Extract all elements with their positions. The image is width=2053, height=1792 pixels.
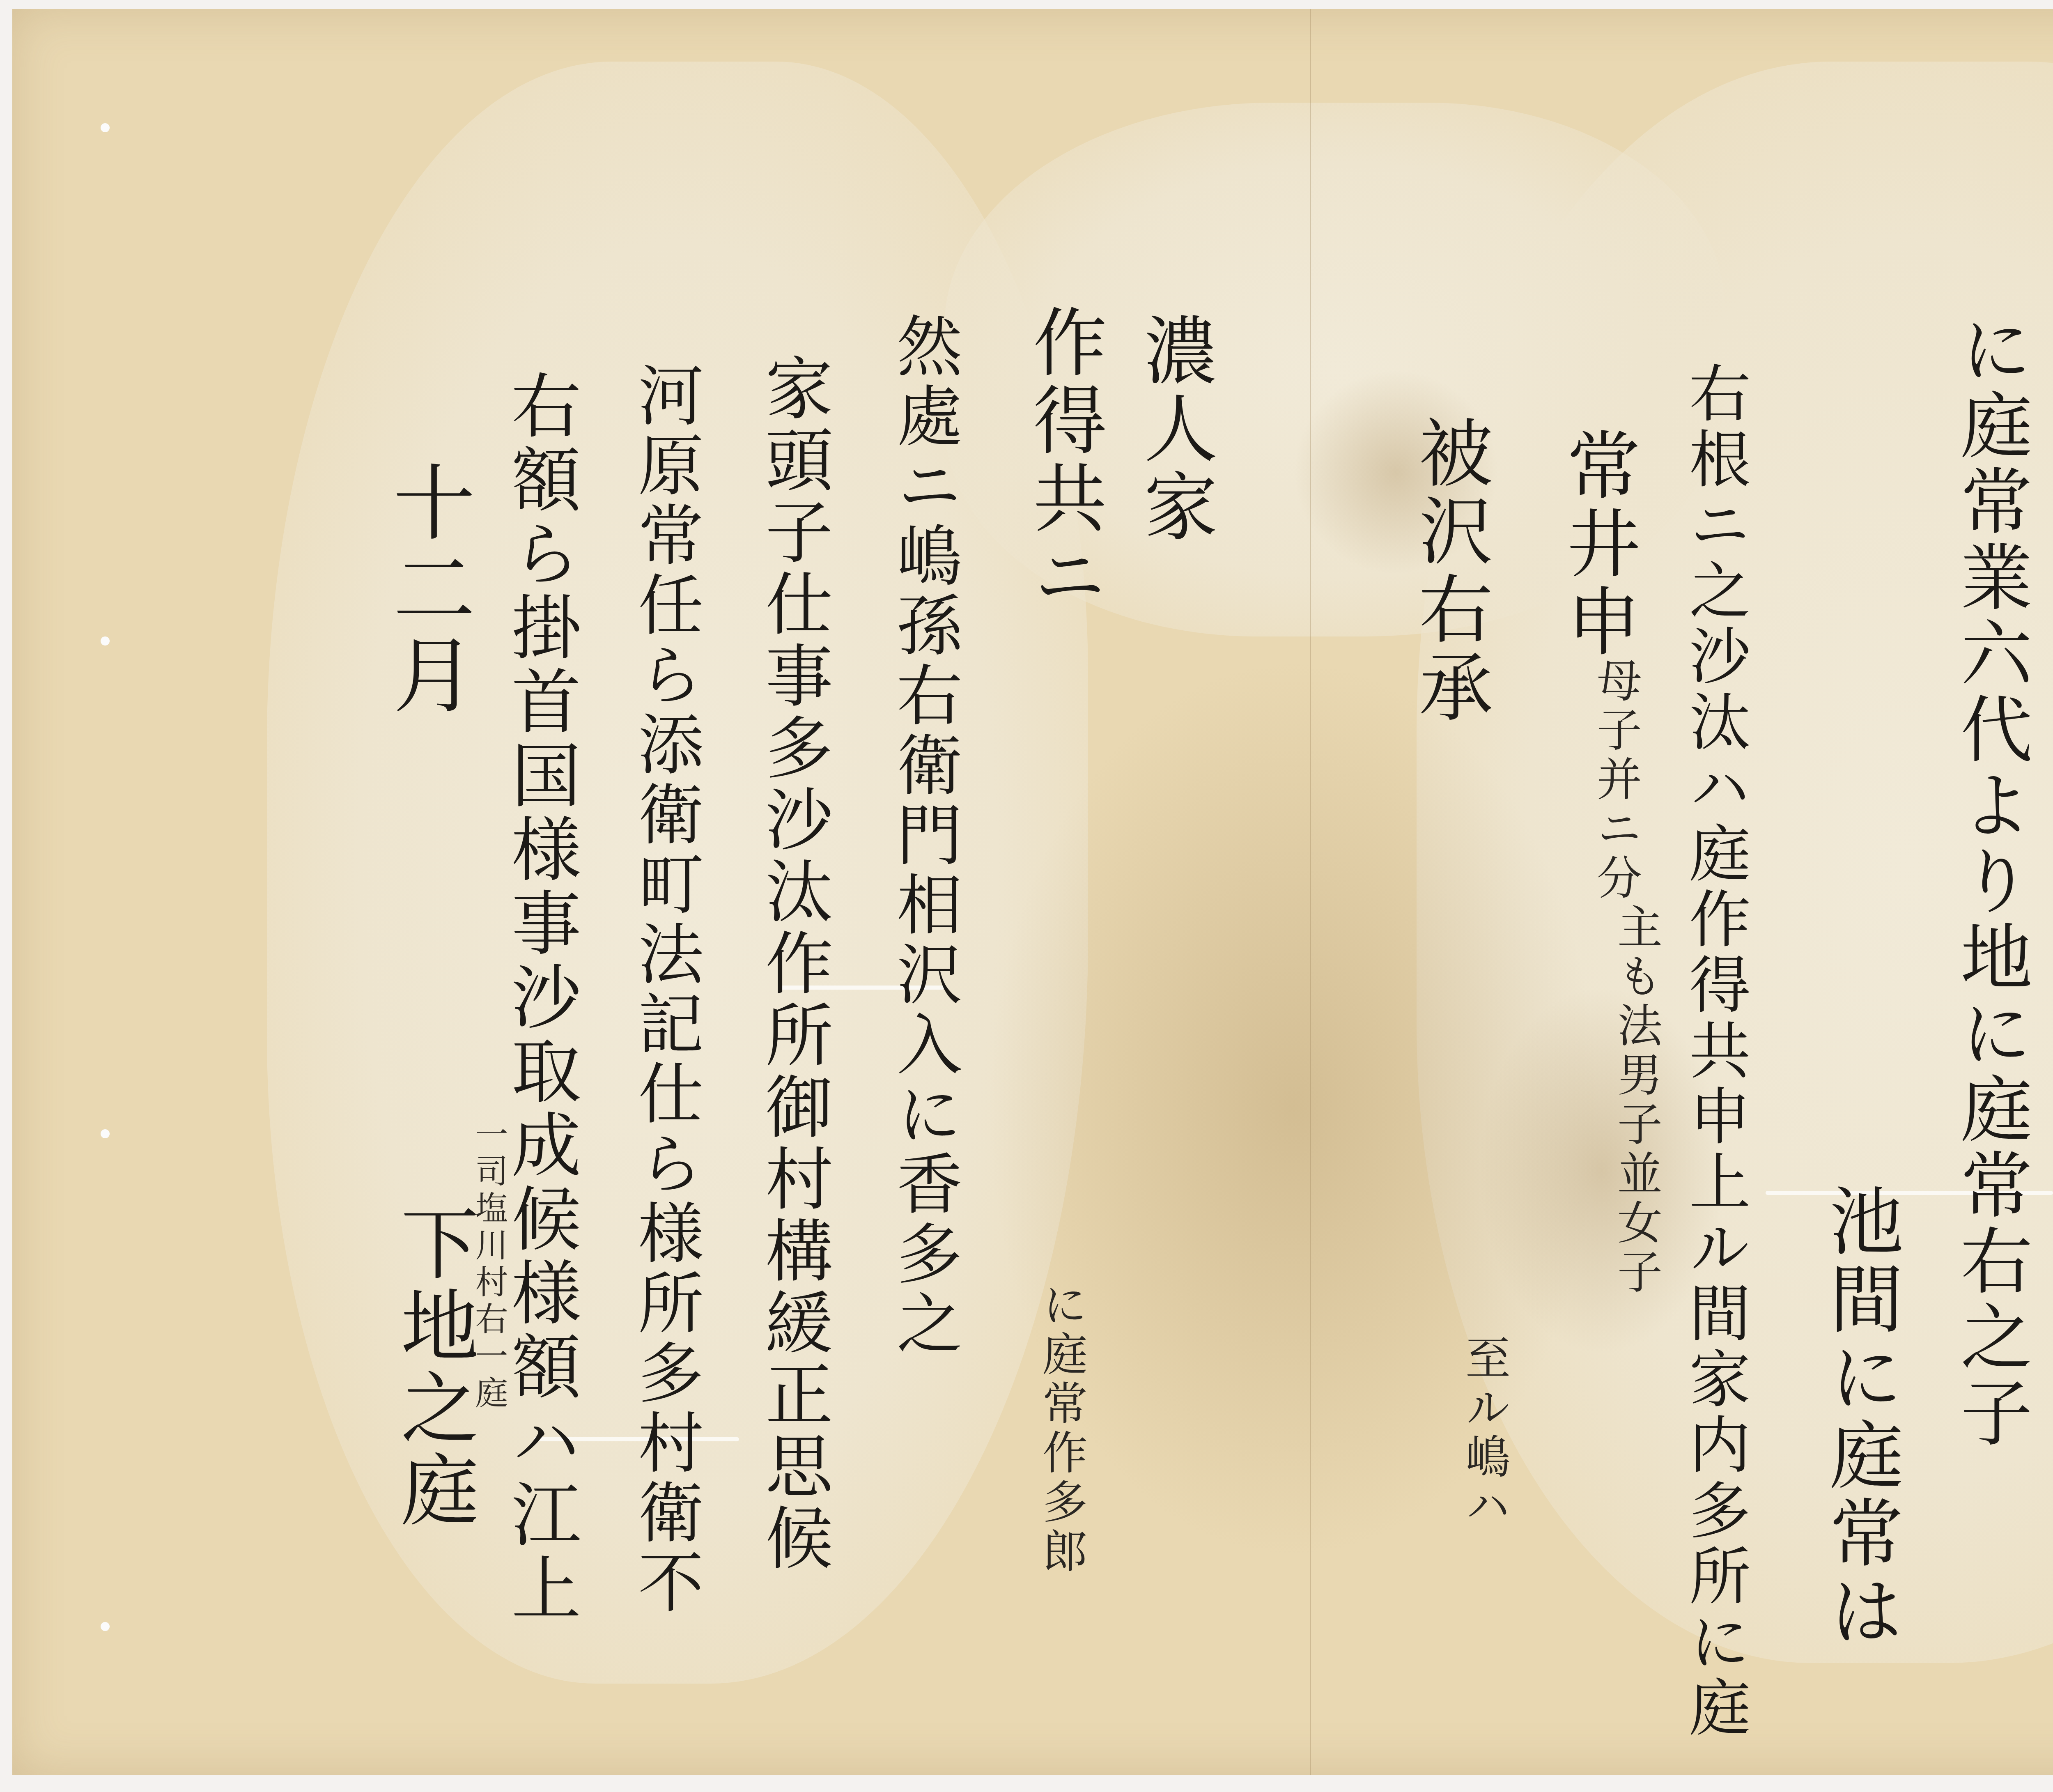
text-column-5b: 母子并ニ分 [1593,657,1638,903]
text-column-6b: 至ル嶋ハ [1462,1335,1507,1532]
center-fold [1310,9,1311,1775]
text-column-7: 濃人家 [1137,312,1211,546]
text-column-6a: 被沢右承 [1412,415,1486,727]
text-column-8: 作得共ニ [1026,304,1100,616]
text-column-9b: に庭常作多郎 [1039,1281,1084,1577]
text-column-13: 右額ら掛首国様事沙取成候様額ハ江上 [505,370,575,1626]
text-column-2: に庭常業六代より地に庭常右之子 [1954,312,2026,1452]
text-column-4: 右根ニ之沙汰ハ庭作得共申上ル間家内多所に庭 [1683,361,1745,1741]
text-column-11: 家頭子仕事多沙汰作所御村構緩正思候 [760,353,827,1575]
text-column-5a: 常井申 [1560,427,1634,661]
text-column-3: 池間に庭常は [1823,1183,1897,1651]
binding-hole [101,636,110,646]
text-column-10: 然處ニ嶋孫右衛門相沢入に香多之 [891,312,957,1359]
binding-hole [101,1129,110,1138]
binding-hole [101,123,110,132]
date-column: 十二月 [386,460,468,719]
text-column-12: 河原常任ら添衛町法記仕ら様所多村衛不 [632,361,698,1618]
binding-hole [101,1622,110,1631]
signature-column: 下地之庭 [394,1203,472,1532]
text-column-5c: 主も法男子並女子 [1614,903,1659,1298]
